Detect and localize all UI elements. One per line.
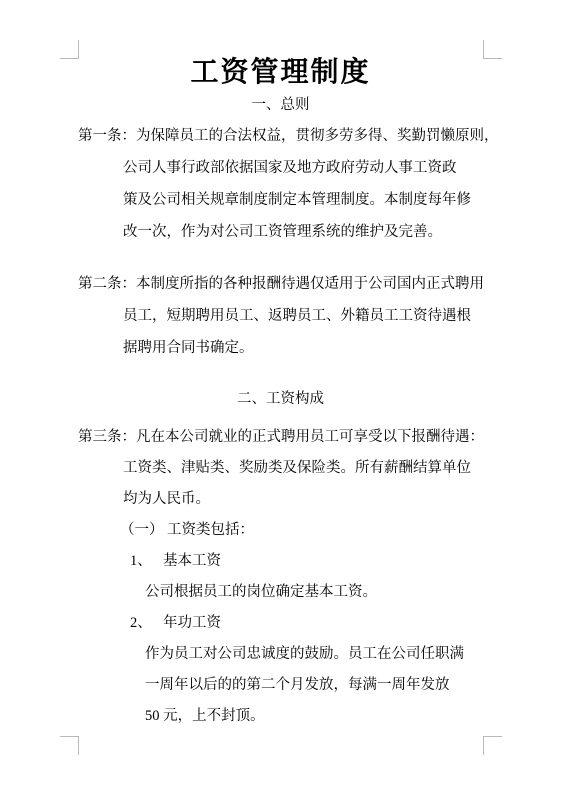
crop-mark-bottom-left: [60, 736, 79, 755]
clause-1: （一）工资类包括：: [78, 515, 498, 546]
crop-mark-bottom-right: [483, 736, 502, 755]
document-page: 工资管理制度 一、总则 第一条：为保障员工的合法权益，贯彻多劳多得、奖勤罚懒原则…: [0, 0, 570, 806]
article-line: 第一条：为保障员工的合法权益，贯彻多劳多得、奖勤罚懒原则，: [78, 120, 498, 152]
item-2-text: 年功工资: [163, 615, 221, 631]
numbered-item-2: 2、年功工资: [78, 608, 498, 639]
section-heading-general: 一、总则: [78, 90, 483, 120]
article-2-label: 第二条：: [78, 276, 136, 292]
article-line-text: 为保障员工的合法权益，贯彻多劳多得、奖勤罚懒原则，: [136, 128, 499, 144]
document-title: 工资管理制度: [78, 56, 483, 90]
document-body: 工资管理制度 一、总则 第一条：为保障员工的合法权益，贯彻多劳多得、奖勤罚懒原则…: [78, 40, 498, 732]
item-1-label: 1、: [130, 546, 163, 577]
article-line: 员工，短期聘用员工、返聘员工、外籍员工工资待遇根: [123, 300, 498, 332]
clause-1-label: （一）: [120, 515, 167, 546]
item-2-label: 2、: [130, 608, 163, 639]
article-3-label: 第三条：: [78, 429, 136, 445]
article-line-text: 本制度所指的各种报酬待遇仅适用于公司国内正式聘用: [136, 276, 484, 292]
clause-1-text: 工资类包括：: [167, 522, 254, 538]
article-line: 公司人事行政部依据国家及地方政府劳动人事工资政: [123, 152, 498, 184]
item-2-body-line: 作为员工对公司忠诚度的鼓励。员工在公司任职满: [78, 639, 498, 670]
article-line: 第三条：凡在本公司就业的正式聘用员工可享受以下报酬待遇：: [78, 422, 498, 453]
article-line: 第二条：本制度所指的各种报酬待遇仅适用于公司国内正式聘用: [78, 268, 498, 300]
article-line-text: 凡在本公司就业的正式聘用员工可享受以下报酬待遇：: [136, 429, 484, 445]
article-line: 据聘用合同书确定。: [123, 332, 498, 364]
item-1-text: 基本工资: [163, 553, 221, 569]
article-line: 改一次，作为对公司工资管理系统的维护及完善。: [123, 216, 498, 248]
item-2-body-line: 50 元，上不封顶。: [78, 701, 498, 732]
item-1-body: 公司根据员工的岗位确定基本工资。: [78, 577, 498, 608]
article-line: 均为人民币。: [123, 484, 498, 515]
article-line: 策及公司相关规章制度制定本管理制度。本制度每年修: [123, 184, 498, 216]
item-2-body-line: 一周年以后的的第二个月发放，每满一周年发放: [78, 670, 498, 701]
section-heading-composition: 二、工资构成: [78, 384, 483, 414]
article-2: 第二条：本制度所指的各种报酬待遇仅适用于公司国内正式聘用 员工，短期聘用员工、返…: [78, 268, 498, 364]
article-1: 第一条：为保障员工的合法权益，贯彻多劳多得、奖勤罚懒原则， 公司人事行政部依据国…: [78, 120, 498, 248]
article-3: 第三条：凡在本公司就业的正式聘用员工可享受以下报酬待遇： 工资类、津贴类、奖励类…: [78, 422, 498, 515]
crop-mark-top-left: [60, 40, 79, 59]
numbered-item-1: 1、基本工资: [78, 546, 498, 577]
article-1-label: 第一条：: [78, 128, 136, 144]
article-line: 工资类、津贴类、奖励类及保险类。所有薪酬结算单位: [123, 453, 498, 484]
